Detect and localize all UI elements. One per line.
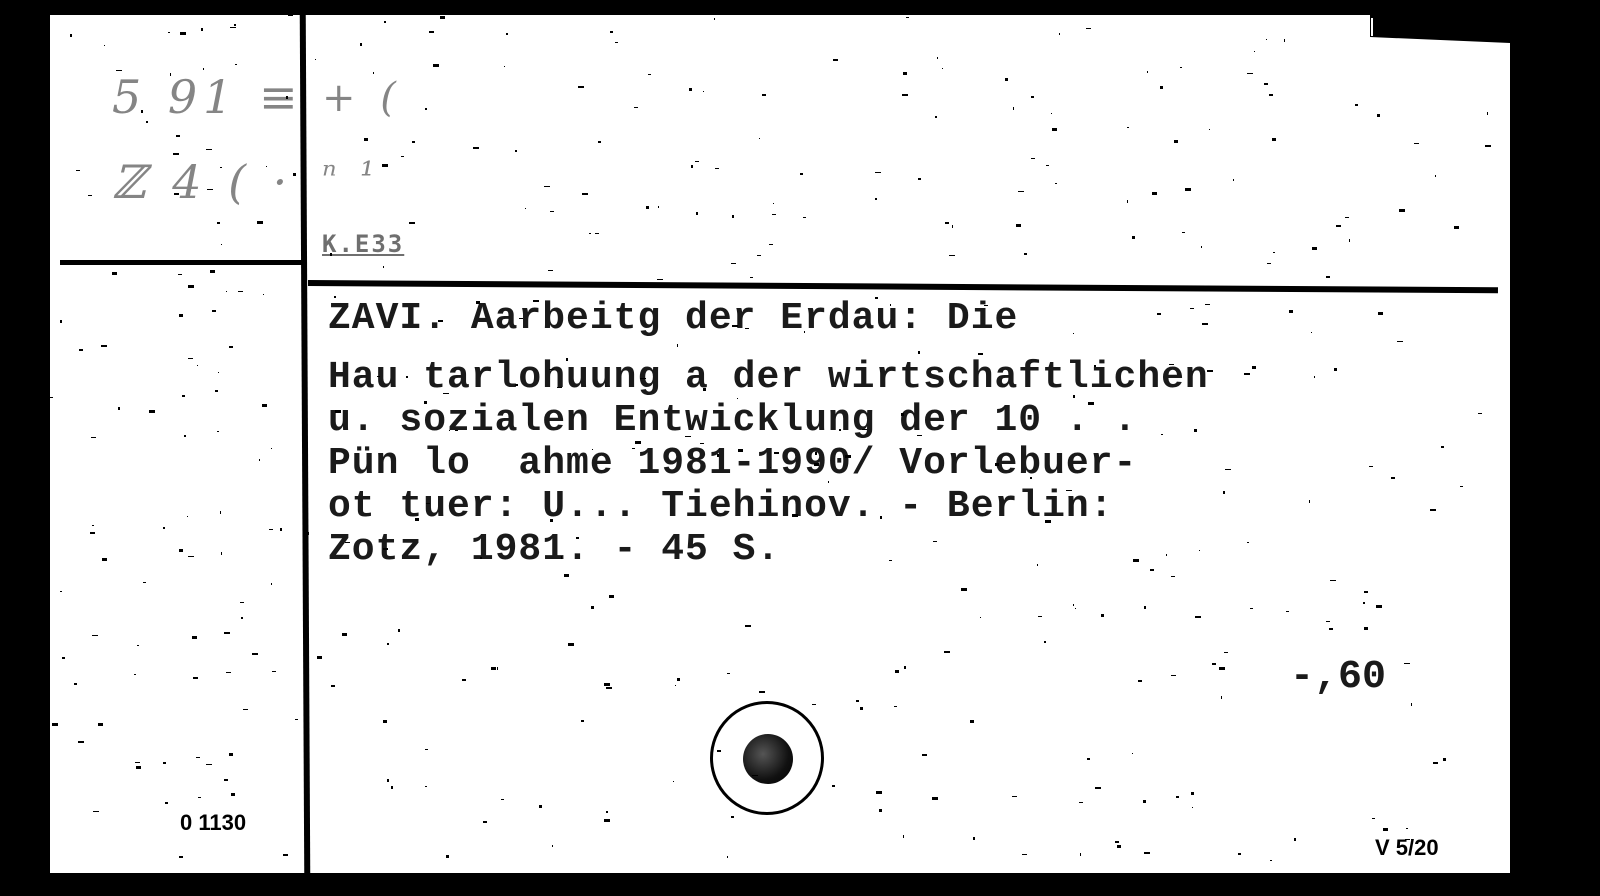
scan-noise [182,395,185,397]
scan-noise [675,685,676,686]
scan-noise [373,72,374,74]
scan-noise [134,674,136,675]
scan-noise [772,214,776,215]
scan-noise [293,173,296,176]
scan-noise [78,741,84,743]
scan-noise [589,233,591,234]
scan-noise [544,186,550,187]
scan-noise [604,819,610,822]
scan-noise [944,651,950,653]
scan-noise [691,165,693,168]
scan-noise [1199,550,1200,551]
scan-noise [906,17,909,18]
scan-noise [1478,413,1482,414]
scan-noise [1247,73,1253,74]
scan-noise [917,435,922,436]
scan-noise [224,779,228,781]
scan-noise [1031,96,1034,98]
scan-noise [315,59,316,60]
scan-noise [283,854,288,856]
scan-noise [703,388,706,391]
scan-noise [578,86,584,88]
scan-noise [949,255,955,256]
scan-noise [501,799,504,800]
scan-noise [451,459,454,460]
scan-noise [1087,758,1090,760]
handwritten-note: + ( [322,75,402,121]
scan-noise [305,532,309,535]
scan-noise [104,45,105,46]
scan-noise [1147,71,1148,73]
scan-noise [377,376,380,377]
scan-noise [504,66,505,67]
scan-noise [984,305,988,306]
scan-noise [507,282,513,283]
scan-noise [1037,564,1038,566]
scan-noise [345,542,350,543]
scan-noise [1244,373,1250,375]
scan-noise [426,503,430,504]
scan-noise [93,811,99,812]
scan-noise [210,270,215,273]
scan-noise [1212,663,1216,665]
scan-noise [424,401,427,404]
scan-noise [1055,183,1057,184]
scan-noise [732,215,734,218]
scan-noise [904,666,906,669]
scan-noise [149,410,155,413]
scan-noise [903,72,907,75]
scan-noise [226,672,231,673]
scan-noise [815,452,817,455]
scan-noise [1127,127,1129,128]
scan-noise [438,320,443,322]
scan-noise [263,294,264,295]
scan-noise [136,766,141,769]
scan-noise [901,413,904,416]
scan-noise [174,193,179,195]
scan-noise [1406,828,1408,829]
scan-noise [429,31,434,33]
scan-noise [1411,703,1412,706]
vertical-divider [300,15,310,873]
scan-noise [1406,15,1407,17]
scan-noise [1252,366,1256,369]
scan-noise [557,387,562,388]
scan-noise [1005,78,1008,81]
scan-noise [76,170,80,171]
scan-noise [1174,140,1178,143]
scan-noise [387,643,389,645]
scan-noise [220,167,222,168]
scan-noise [875,172,881,173]
scan-noise [176,135,180,137]
scan-noise [550,211,554,212]
scan-noise [383,548,388,550]
scan-noise [240,602,244,603]
scan-noise [406,376,408,378]
scan-noise [1075,608,1076,609]
left-horizontal-divider [60,260,304,265]
scan-noise [1209,129,1210,130]
scan-noise [443,393,449,394]
scan-noise [62,657,65,659]
scan-noise [759,691,765,693]
scan-noise [1018,191,1024,192]
scan-noise [271,583,272,585]
scan-noise [1201,246,1202,248]
scan-noise [800,173,803,175]
scan-noise [828,481,829,483]
scan-noise [1073,604,1074,606]
scan-noise [173,153,179,155]
bibliographic-entry: ZAVI. Aarbeitg der Erdau: Die Hau tarloh… [328,297,1448,571]
scan-noise [1225,469,1231,470]
scan-noise [952,225,953,228]
scan-noise [178,274,182,275]
scan-noise [212,310,216,312]
scan-noise [727,673,730,674]
scan-noise [112,272,117,275]
entry-line: Pün lo ahme 1981-1990/ Vorlebuer- [328,442,1448,485]
scan-edge-mark [1371,18,1373,36]
scan-noise [714,18,715,20]
scan-noise [942,68,943,69]
scan-noise [696,212,698,215]
scan-noise [187,516,188,517]
scan-noise [1101,614,1104,617]
scan-noise [1045,520,1051,523]
scan-noise [1377,114,1380,117]
scan-noise [745,328,749,329]
scan-noise [770,467,771,468]
scan-noise [1221,696,1222,699]
scan-noise [1012,796,1017,797]
scan-noise [1487,112,1488,115]
scan-noise [440,16,445,19]
scan-noise [92,525,94,526]
scan-noise [685,436,691,437]
scan-noise [1157,313,1161,315]
scan-noise [1127,200,1128,203]
scan-noise [179,549,183,552]
entry-line: ZAVI. Aarbeitg der Erdau: Die [328,297,1448,340]
scan-noise [1371,15,1372,16]
scan-noise [231,793,235,796]
scan-noise [137,645,139,646]
entry-line: ot tuer: U... Tiehinov. - Berlin: [328,485,1448,528]
scan-noise [330,253,332,256]
scan-noise [1194,429,1197,432]
scan-noise [184,435,186,437]
scan-noise [635,441,641,444]
scan-noise [415,518,419,521]
scan-noise [773,203,774,204]
scan-noise [634,107,638,108]
scan-noise [1267,263,1271,264]
scan-noise [875,297,878,299]
scan-noise [978,353,983,355]
scan-noise [1254,51,1255,52]
scan-noise [1180,67,1182,68]
scan-noise [1144,606,1146,609]
scan-noise [1223,491,1225,494]
scan-noise [995,463,999,466]
scan-noise [632,448,635,449]
scan-noise [1219,667,1225,670]
scan-noise [792,514,798,517]
scan-noise [1013,107,1014,110]
call-number-label: K.ЕЗЗ [322,230,404,258]
punch-hole-icon [710,701,824,815]
scan-noise [1312,247,1317,250]
scan-noise [932,797,938,800]
scan-noise [550,519,553,522]
scan-noise [238,291,243,292]
entry-line: Zotz, 1981. - 45 S. [328,528,1448,571]
scan-noise [1383,828,1388,831]
scan-noise [1176,796,1179,798]
scan-noise [703,91,704,92]
scan-noise [387,779,389,782]
scan-noise [727,856,728,858]
scan-noise [1349,239,1350,242]
scan-noise [491,667,496,670]
scan-noise [581,720,584,722]
scan-noise [717,454,719,457]
scan-noise [862,429,867,430]
scan-noise [206,149,212,150]
scan-noise [201,28,203,31]
scan-noise [973,837,975,840]
scan-noise [657,279,663,280]
scan-noise [243,709,248,710]
scan-noise [1024,253,1027,255]
scan-noise [1284,39,1285,42]
scan-noise [814,463,819,466]
scan-noise [102,558,107,561]
scan-noise [1161,434,1163,435]
scan-noise [197,365,198,366]
scan-noise [918,178,921,180]
scan-noise [70,34,72,37]
scan-noise [732,325,738,327]
scan-noise [673,781,674,782]
scan-noise [1345,217,1349,218]
card-number: 0 1130 [180,810,246,836]
scan-noise [221,552,222,555]
scan-noise [604,683,610,686]
scan-noise [88,195,92,196]
scan-noise [1311,332,1312,333]
scan-noise [1264,83,1268,85]
scan-noise [1044,641,1046,643]
scan-noise [561,556,562,559]
scan-noise [1443,758,1446,761]
scan-noise [745,625,751,627]
scan-noise [1294,838,1296,841]
scan-noise [1364,591,1368,593]
scan-noise [1272,138,1276,141]
scan-noise [737,398,738,399]
scan-noise [179,314,183,317]
scan-noise [1414,143,1419,144]
scan-noise [98,723,103,726]
scan-noise [101,345,107,347]
scan-noise [116,70,122,71]
scan-noise [1022,854,1027,855]
scan-noise [1405,839,1410,840]
scan-noise [1224,652,1228,653]
scan-noise [1143,800,1146,803]
scan-noise [412,141,415,143]
scan-noise [980,617,981,618]
scan-noise [1138,680,1142,682]
scan-noise [1364,627,1368,630]
scan-noise [1132,236,1135,239]
scan-noise [1329,628,1333,630]
scan-noise [1309,500,1310,503]
scan-noise [1190,308,1194,309]
scan-noise [677,344,678,347]
scan-noise [483,821,487,823]
scan-noise [91,437,96,438]
scan-noise [750,277,753,278]
scan-noise [480,557,482,559]
scan-noise [1171,576,1175,577]
scan-noise [695,161,699,162]
scan-noise [598,141,601,143]
scan-noise [1460,486,1463,487]
scan-noise [592,449,593,450]
scan-noise [935,116,937,118]
scan-noise [259,459,260,461]
scan-noise [903,835,904,838]
scan-noise [286,96,288,99]
scan-noise [1372,818,1375,819]
scan-noise [207,189,213,190]
scan-noise [334,296,336,298]
scan-noise [425,108,427,110]
scan-noise [50,397,53,398]
scan-noise [1391,477,1395,479]
scan-noise [425,786,427,787]
scan-noise [229,346,233,348]
scan-noise [803,217,806,218]
entry-line: u. sozialen Entwicklung der 10 . . [328,399,1448,442]
scan-noise [1250,608,1253,609]
scan-noise [1144,852,1150,854]
scan-noise [1079,802,1083,803]
scan-noise [769,244,773,245]
scan-noise [880,516,882,519]
scan-noise [856,700,859,702]
scan-noise [839,429,841,431]
scan-noise [1355,104,1358,106]
scan-noise [1330,580,1336,581]
scan-noise [462,679,466,681]
scan-noise [266,166,267,167]
scan-noise [610,31,613,33]
scan-noise [1270,860,1272,861]
scan-noise [566,358,568,361]
scan-noise [409,222,415,224]
scan-noise [945,222,949,224]
scan-noise [738,449,743,452]
scan-noise [1052,128,1057,131]
scan-noise [1182,232,1185,233]
scan-noise [476,301,480,304]
scan-noise [74,683,77,685]
scan-noise [646,206,649,209]
scan-noise [539,805,542,808]
scan-noise [1485,145,1491,147]
scan-noise [170,73,171,76]
scan-noise [1273,252,1275,253]
scan-noise [269,529,273,530]
scan-noise [118,407,120,410]
scan-noise [241,617,243,619]
scan-noise [879,809,882,812]
scan-noise [252,653,258,655]
scan-noise [552,845,553,847]
handwritten-note: 5 91 ≡ [112,70,304,124]
scan-noise [833,59,838,61]
scan-noise [1115,841,1119,843]
scan-noise [455,430,458,431]
scan-noise [1441,446,1444,448]
scan-noise [1454,226,1459,229]
scan-noise [1233,179,1234,181]
scan-noise [1399,209,1405,212]
scan-noise [317,656,322,659]
scan-noise [262,404,267,407]
scan-noise [1066,490,1072,491]
scan-noise [832,785,835,787]
scan-noise [1376,605,1382,608]
scan-noise [295,719,298,720]
scan-noise [335,410,341,413]
scan-noise [215,390,218,392]
scan-noise [446,855,449,858]
scan-noise [1031,158,1035,159]
scan-noise [1286,611,1289,612]
scan-noise [192,636,197,639]
scan-noise [1314,376,1315,378]
scan-noise [895,670,899,673]
scan-noise [1166,554,1167,556]
scan-noise [752,775,758,776]
scan-noise [525,208,526,209]
scan-noise [933,541,937,542]
scan-noise [1404,663,1410,664]
scan-noise [804,331,805,333]
scan-noise [433,64,439,67]
catalog-card: 5 91 ≡ ℤ 4 ( · + ( ⁿ ¹ K.ЕЗЗ ZAVI. Aarbe… [50,15,1510,873]
scan-noise [606,687,612,689]
scan-noise [1191,792,1194,795]
scan-noise [391,786,393,789]
scan-noise [875,198,877,200]
scan-noise [1080,853,1081,856]
scan-noise [272,671,276,672]
scan-noise [224,632,230,634]
scan-noise [188,556,194,557]
scan-noise [221,244,222,245]
scan-noise [226,291,227,292]
scan-noise [731,263,736,264]
punch-hole-core [743,734,793,784]
